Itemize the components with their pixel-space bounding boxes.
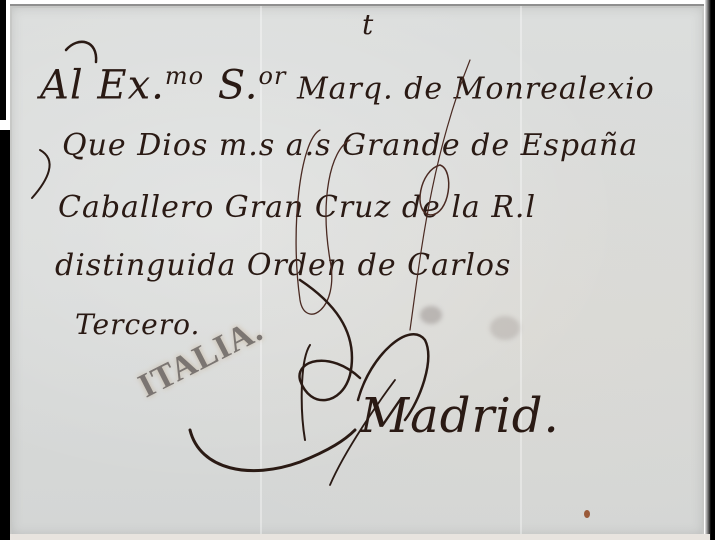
paraph-mark	[66, 42, 96, 62]
pen-flourishes	[0, 0, 715, 540]
